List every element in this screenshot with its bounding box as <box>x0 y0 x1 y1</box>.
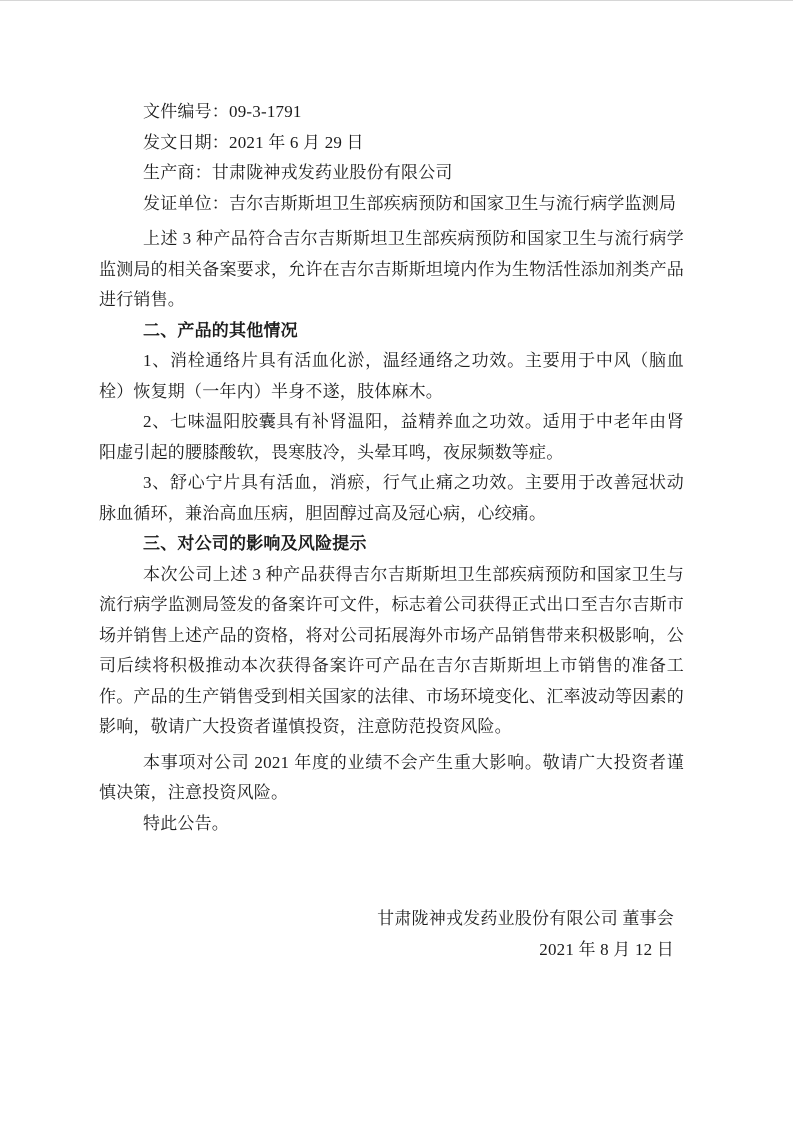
doc-line-file-number: 文件编号：09-3-1791 <box>99 97 684 128</box>
paragraph-product-3-shuxinning: 3、舒心宁片具有活血，消瘀，行气止痛之功效。主要用于改善冠状动脉血循环，兼治高血… <box>99 468 684 529</box>
paragraph-filing-approval: 上述 3 种产品符合吉尔吉斯斯坦卫生部疾病预防和国家卫生与流行病学监测局的相关备… <box>99 224 684 316</box>
doc-line-manufacturer: 生产商：甘肃陇神戎发药业股份有限公司 <box>99 158 684 189</box>
doc-line-issuing-authority: 发证单位：吉尔吉斯斯坦卫生部疾病预防和国家卫生与流行病学监测局 <box>99 189 684 220</box>
signature-date: 2021 年 8 月 12 日 <box>99 935 674 966</box>
signature-block: 甘肃陇神戎发药业股份有限公司 董事会 2021 年 8 月 12 日 <box>99 904 684 965</box>
doc-line-issue-date: 发文日期：2021 年 6 月 29 日 <box>99 128 684 159</box>
section-heading-other-product-info: 二、产品的其他情况 <box>99 316 684 347</box>
document-page: 文件编号：09-3-1791 发文日期：2021 年 6 月 29 日 生产商：… <box>0 0 793 1122</box>
paragraph-2021-performance: 本事项对公司 2021 年度的业绩不会产生重大影响。敬请广大投资者谨慎决策，注意… <box>99 748 684 809</box>
paragraph-product-1-xiaoshuan-tongluo: 1、消栓通络片具有活血化淤，温经通络之功效。主要用于中风（脑血栓）恢复期（一年内… <box>99 346 684 407</box>
paragraph-impact-and-risk: 本次公司上述 3 种产品获得吉尔吉斯斯坦卫生部疾病预防和国家卫生与流行病学监测局… <box>99 560 684 743</box>
paragraph-closing-announcement: 特此公告。 <box>99 809 684 840</box>
section-heading-impact-risk: 三、对公司的影响及风险提示 <box>99 529 684 560</box>
paragraph-product-2-qiwei-wenyang: 2、七味温阳胶囊具有补肾温阳，益精养血之功效。适用于中老年由肾阳虚引起的腰膝酸软… <box>99 407 684 468</box>
signature-company: 甘肃陇神戎发药业股份有限公司 董事会 <box>99 904 674 935</box>
document-body: 文件编号：09-3-1791 发文日期：2021 年 6 月 29 日 生产商：… <box>99 97 684 965</box>
